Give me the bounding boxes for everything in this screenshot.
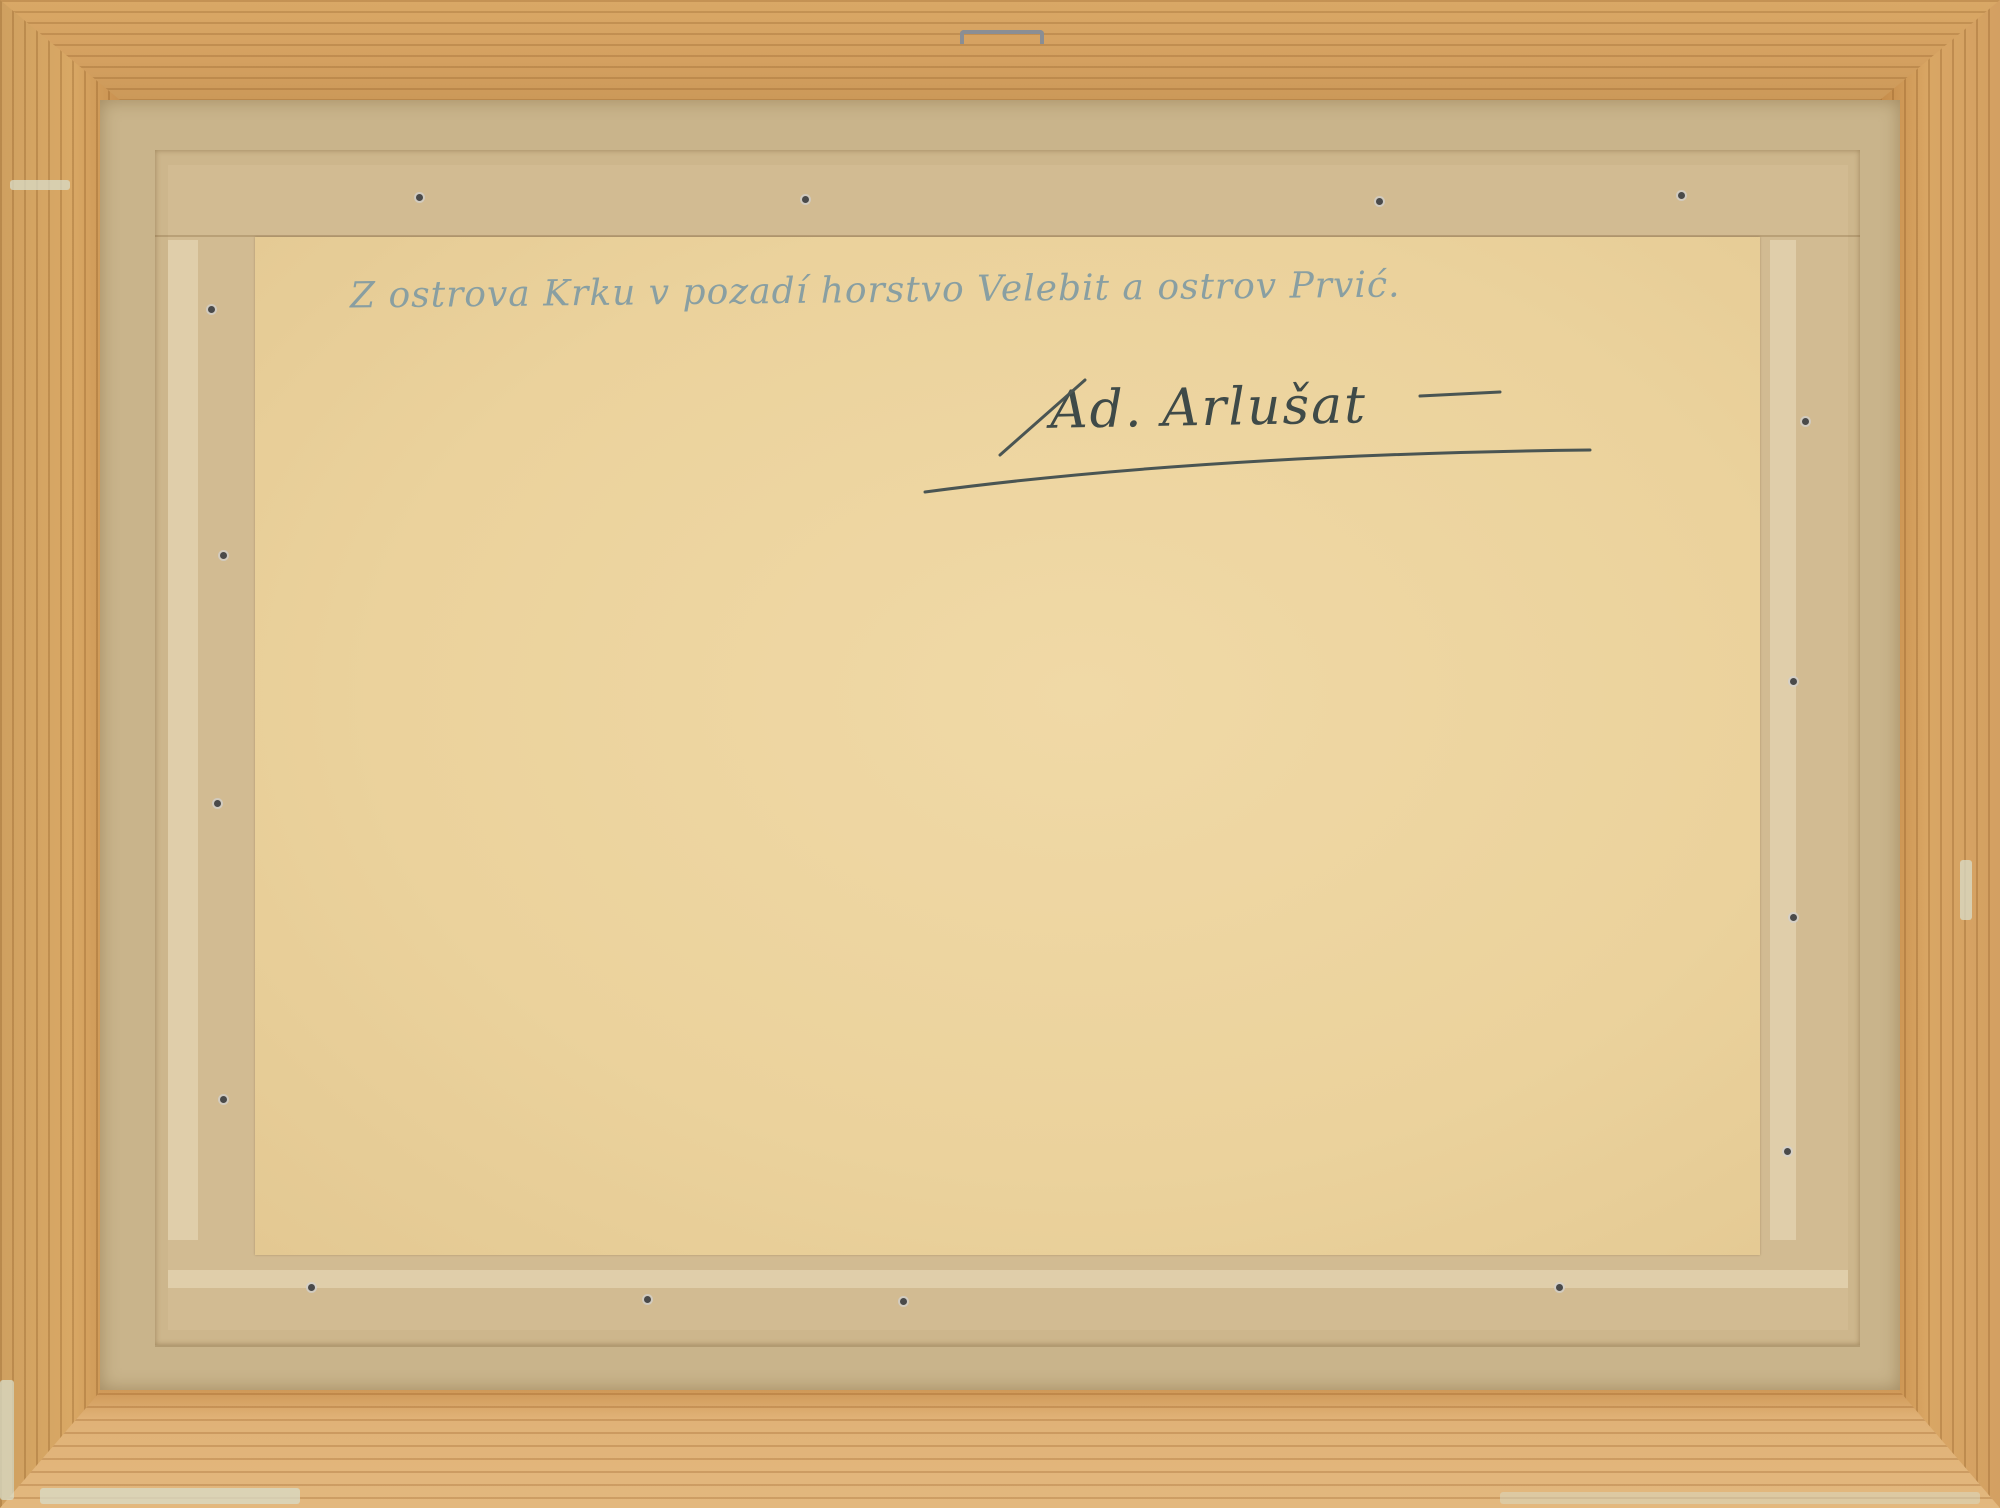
framed-artwork-back: Z ostrova Krku v pozadí horstvo Velebit … (0, 0, 2000, 1508)
signature-underline (0, 0, 2000, 1508)
